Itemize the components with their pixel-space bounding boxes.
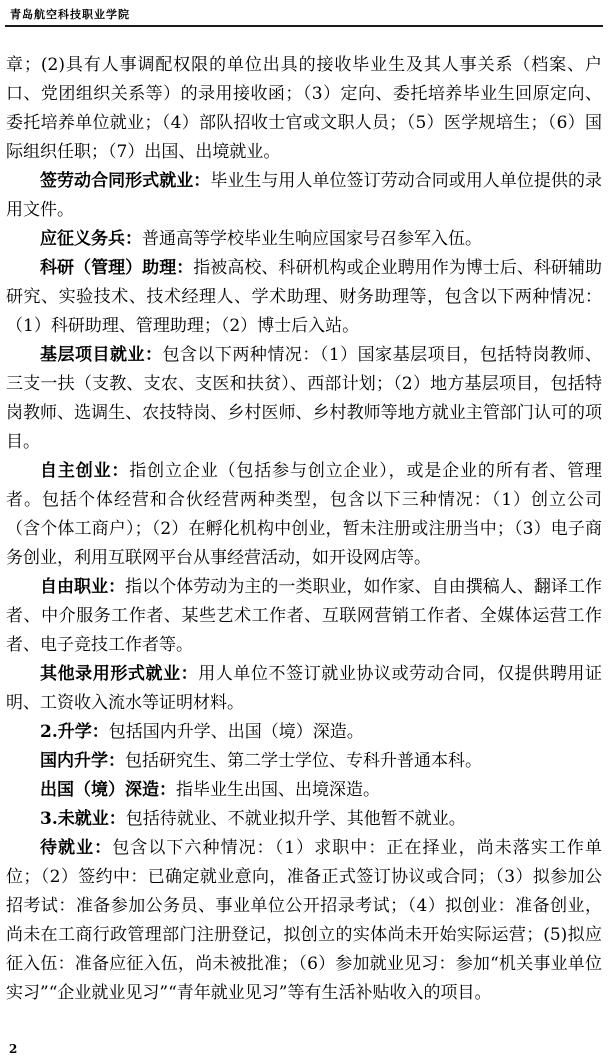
paragraph-text: 指毕业生出国、出境深造。 [176, 780, 380, 800]
paragraph: 章；(2)具有人事调配权限的单位出具的接收毕业生及其人事关系（档案、户口、党团组… [6, 51, 602, 167]
paragraph: 2.升学：包括国内升学、出国（境）深造。 [6, 718, 602, 747]
paragraph: 应征义务兵：普通高等学校毕业生响应国家号召参军入伍。 [6, 225, 602, 254]
paragraph: 自由职业：指以个体劳动为主的一类职业，如作家、自由撰稿人、翻译工作者、中介服务工… [6, 573, 602, 660]
paragraph-lead: 科研（管理）助理： [40, 258, 193, 278]
paragraph-lead: 2.升学： [40, 722, 109, 742]
paragraph-lead: 国内升学： [40, 751, 125, 771]
paragraph-lead: 基层项目就业： [40, 345, 162, 365]
paragraph: 出国（境）深造：指毕业生出国、出境深造。 [6, 776, 602, 805]
paragraph-text: 包括待就业、不就业拟升学、其他暂不就业。 [126, 809, 466, 829]
paragraph-lead: 自由职业： [40, 577, 125, 597]
paragraph-lead: 签劳动合同形式就业： [40, 171, 210, 191]
paragraph-text: 包括研究生、第二学士学位、专科升普通本科。 [125, 751, 482, 771]
paragraph: 科研（管理）助理：指被高校、科研机构或企业聘用作为博士后、科研辅助研究、实验技术… [6, 254, 602, 341]
paragraph-text: 普通高等学校毕业生响应国家号召参军入伍。 [142, 229, 482, 249]
paragraph-text: 包含以下六种情况：（1）求职中：正在择业，尚未落实工作单位；（2）签约中：已确定… [6, 838, 602, 1003]
paragraph-lead: 其他录用形式就业： [40, 664, 198, 684]
header-school-name: 青岛航空科技职业学院 [10, 8, 130, 21]
paragraph: 签劳动合同形式就业：毕业生与用人单位签订劳动合同或用人单位提供的录用文件。 [6, 167, 602, 225]
paragraph: 国内升学：包括研究生、第二学士学位、专科升普通本科。 [6, 747, 602, 776]
paragraph: 待就业：包含以下六种情况：（1）求职中：正在择业，尚未落实工作单位；（2）签约中… [6, 834, 602, 1008]
document-body: 章；(2)具有人事调配权限的单位出具的接收毕业生及其人事关系（档案、户口、党团组… [6, 51, 602, 1008]
page-header: 青岛航空科技职业学院 [5, 0, 603, 27]
page-footer: 2 [9, 1042, 17, 1056]
paragraph: 其他录用形式就业：用人单位不签订就业协议或劳动合同，仅提供聘用证明、工资收入流水… [6, 660, 602, 718]
paragraph: 基层项目就业：包含以下两种情况：（1）国家基层项目，包括特岗教师、三支一扶（支教… [6, 341, 602, 457]
paragraph-lead: 待就业： [40, 838, 112, 858]
paragraph-text: 章；(2)具有人事调配权限的单位出具的接收毕业生及其人事关系（档案、户口、党团组… [6, 55, 602, 162]
paragraph: 3.未就业：包括待就业、不就业拟升学、其他暂不就业。 [6, 805, 602, 834]
paragraph-lead: 自主创业： [40, 461, 129, 481]
page-number: 2 [9, 1042, 17, 1056]
paragraph: 自主创业：指创立企业（包括参与创立企业），或是企业的所有者、管理者。包括个体经营… [6, 457, 602, 573]
paragraph-lead: 出国（境）深造： [40, 780, 176, 800]
paragraph-text: 包括国内升学、出国（境）深造。 [109, 722, 364, 742]
paragraph-lead: 3.未就业： [40, 809, 126, 829]
document-page: 青岛航空科技职业学院 章；(2)具有人事调配权限的单位出具的接收毕业生及其人事关… [0, 0, 608, 1061]
paragraph-lead: 应征义务兵： [40, 229, 142, 249]
